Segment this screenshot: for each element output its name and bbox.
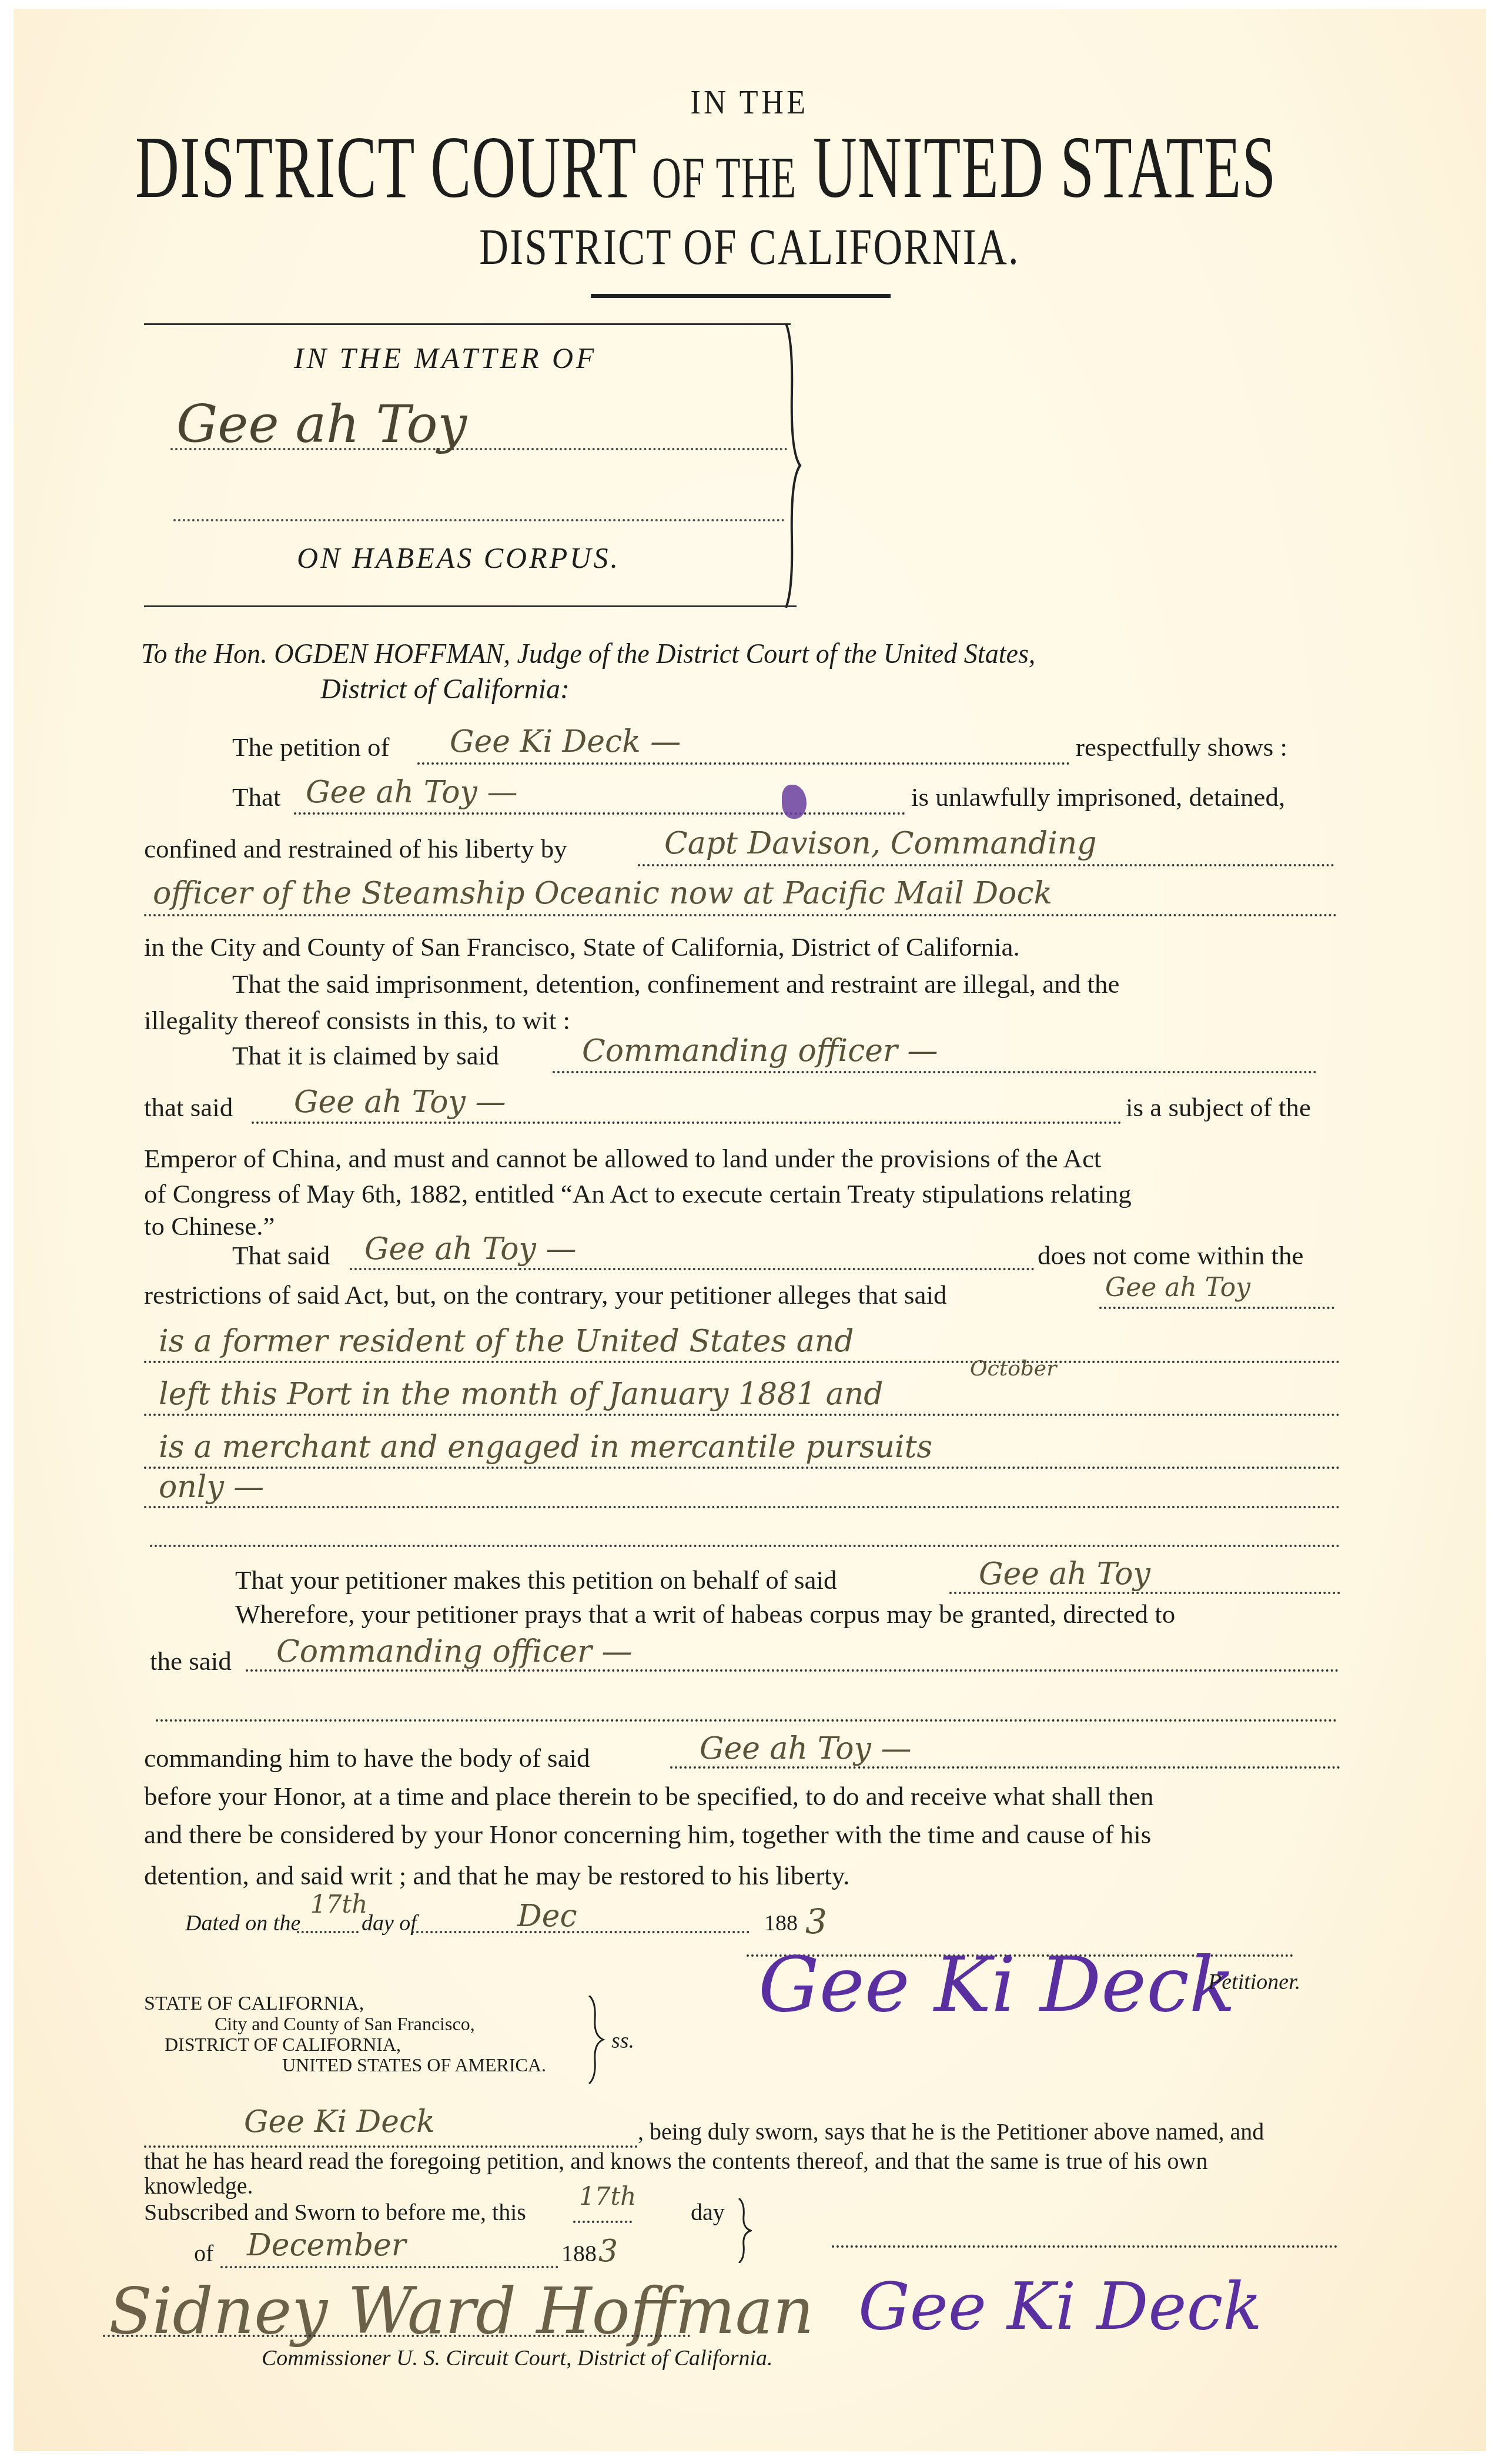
sworn-day-label: day <box>691 2198 725 2226</box>
affiant-signature: Gee Ki Deck <box>858 2269 1262 2344</box>
emperor-line-1: Emperor of China, and must and cannot be… <box>144 1143 1101 1174</box>
subject-of-name-value: Gee ah Toy — <box>294 1084 506 1120</box>
behalf-label: That your petitioner makes this petition… <box>235 1565 837 1595</box>
dated-day-field[interactable] <box>297 1931 359 1933</box>
allegation-value-3: is a merchant and engaged in mercantile … <box>159 1429 932 1465</box>
in-the-matter-of: IN THE MATTER OF <box>294 341 597 375</box>
venue-line-1: STATE OF CALIFORNIA, <box>144 1993 364 2015</box>
sworn-day-value: 17th <box>579 2182 636 2211</box>
allegation-field-2[interactable] <box>144 1414 1340 1416</box>
caption-top-rule <box>144 323 791 325</box>
behalf-name-value: Gee ah Toy <box>979 1556 1150 1592</box>
emperor-line-3: to Chinese.” <box>144 1211 275 1241</box>
body-name-value: Gee ah Toy — <box>700 1731 912 1766</box>
allegation-field-3[interactable] <box>144 1467 1340 1469</box>
address-line-2: District of California: <box>320 673 570 705</box>
allegation-field-4[interactable] <box>144 1506 1340 1508</box>
subject-of-name-field[interactable] <box>252 1121 1122 1124</box>
commanding-label: commanding him to have the body of said <box>144 1743 590 1773</box>
directed-to-field[interactable] <box>246 1669 1339 1672</box>
subject-of-text: is a subject of the <box>1126 1092 1311 1123</box>
that-label: That <box>232 782 280 812</box>
sworn-year-prefix: 188 <box>561 2239 597 2267</box>
dated-year-suffix[interactable]: 3 <box>805 1901 827 1941</box>
district-title: DISTRICT OF CALIFORNIA. <box>150 217 1349 276</box>
restrained-by-value-2: officer of the Steamship Oceanic now at … <box>153 876 1052 911</box>
day-of-label: day of <box>362 1910 417 1936</box>
dated-year-prefix: 188 <box>764 1910 798 1936</box>
court-title-part1: DISTRICT COURT <box>135 119 636 216</box>
petition-of-label: The petition of <box>232 732 389 762</box>
wherefore-text: Wherefore, your petitioner prays that a … <box>235 1599 1175 1629</box>
alleges-name-value: Gee ah Toy <box>1105 1273 1250 1303</box>
behalf-name-field[interactable] <box>949 1592 1340 1594</box>
commissioner-signature: Sidney Ward Hoffman <box>109 2275 814 2348</box>
court-title: DISTRICT COURT OF THE UNITED STATES <box>135 120 987 215</box>
not-within-text: does not come within the <box>1038 1240 1303 1271</box>
unlawfully-text: is unlawfully imprisoned, detained, <box>911 782 1285 812</box>
of-label: of <box>194 2239 213 2267</box>
claimed-by-label: That it is claimed by said <box>232 1040 499 1071</box>
that-said-2-label: That said <box>232 1240 330 1271</box>
directed-to-field-2[interactable] <box>156 1719 1337 1722</box>
dated-on-label: Dated on the <box>185 1910 300 1936</box>
header-in-the: IN THE <box>75 82 1424 122</box>
sworn-day-field[interactable] <box>573 2221 632 2223</box>
petitioner-name-value: Gee Ki Deck — <box>450 724 681 759</box>
illegal-paragraph-1: That the said imprisonment, detention, c… <box>232 969 1120 999</box>
caption-blank-line[interactable] <box>173 519 785 521</box>
affiant-name-value: Gee Ki Deck <box>244 2104 435 2140</box>
claimed-by-field[interactable] <box>553 1071 1317 1073</box>
restrained-by-field-2[interactable] <box>144 914 1337 916</box>
dated-month-value: Dec <box>517 1899 577 1934</box>
sworn-year-suffix[interactable]: 3 <box>598 2234 618 2269</box>
city-county-text: in the City and County of San Francisco,… <box>144 932 1020 962</box>
allegation-value-4: only — <box>159 1469 264 1505</box>
caption-bottom-rule <box>144 605 797 607</box>
sworn-text: , being duly sworn, says that he is the … <box>638 2118 1264 2145</box>
venue-line-2: City and County of San Francisco, <box>215 2013 475 2035</box>
address-line-1: To the Hon. OGDEN HOFFMAN, Judge of the … <box>141 638 1035 670</box>
subscribed-label: Subscribed and Sworn to before me, this <box>144 2198 526 2226</box>
detainee-name-field[interactable] <box>294 812 905 815</box>
allegation-value-2: left this Port in the month of January 1… <box>159 1377 883 1412</box>
restrained-by-value-1: Capt Davison, Commanding <box>664 826 1097 861</box>
illegal-paragraph-2: illegality thereof consists in this, to … <box>144 1005 570 1036</box>
venue-ss: ss. <box>611 2028 634 2054</box>
confined-label: confined and restrained of his liberty b… <box>144 833 567 864</box>
petitioner-label: Petitioner. <box>1208 1969 1300 1995</box>
directed-to-value: Commanding officer — <box>276 1634 633 1669</box>
allegation-field-5[interactable] <box>150 1545 1340 1547</box>
not-within-name-field[interactable] <box>350 1268 1035 1270</box>
restrained-by-field-1[interactable] <box>638 864 1334 866</box>
sworn-brace-icon <box>738 2198 752 2263</box>
before-line-2: and there be considered by your Honor co… <box>144 1819 1151 1850</box>
allegation-insert: October <box>970 1357 1056 1381</box>
caption-subject-name[interactable]: Gee ah Toy <box>176 394 467 454</box>
venue-line-4: UNITED STATES OF AMERICA. <box>282 2054 546 2076</box>
sworn-month-field[interactable] <box>220 2266 558 2268</box>
court-title-part2: OF THE <box>652 145 797 210</box>
that-said-label: that said <box>144 1092 233 1123</box>
alleges-name-field[interactable] <box>1099 1307 1334 1309</box>
venue-brace-icon <box>588 1996 605 2084</box>
affidavit-line-3: knowledge. <box>144 2172 253 2199</box>
dated-month-field[interactable] <box>411 1931 749 1933</box>
detainee-name-value: Gee ah Toy — <box>306 775 518 810</box>
petitioner-signature: Gee Ki Deck <box>758 1940 1236 2029</box>
before-line-1: before your Honor, at a time and place t… <box>144 1781 1154 1812</box>
respectfully-shows: respectfully shows : <box>1076 732 1287 762</box>
allegation-field-1[interactable] <box>144 1361 1340 1363</box>
body-name-field[interactable] <box>670 1766 1340 1769</box>
caption-name-line <box>170 448 788 450</box>
court-title-part3: UNITED STATES <box>813 119 1277 216</box>
not-within-name-value: Gee ah Toy — <box>364 1231 577 1267</box>
header-rule <box>591 294 891 298</box>
dated-day-value: 17th <box>310 1890 367 1919</box>
the-said-label: the said <box>150 1646 232 1676</box>
affidavit-line-2: that he has heard read the foregoing pet… <box>144 2147 1207 2175</box>
emperor-line-2: of Congress of May 6th, 1882, entitled “… <box>144 1179 1132 1209</box>
affiant-signature-line[interactable] <box>832 2245 1337 2248</box>
caption-brace-icon <box>785 323 802 608</box>
petitioner-name-field[interactable] <box>417 762 1070 765</box>
venue-line-3: DISTRICT OF CALIFORNIA, <box>165 2034 401 2055</box>
commissioner-signature-line[interactable] <box>103 2335 691 2337</box>
commissioner-title: Commissioner U. S. Circuit Court, Distri… <box>262 2345 773 2371</box>
sworn-month-value: December <box>247 2228 406 2263</box>
claimed-by-value: Commanding officer — <box>582 1033 938 1069</box>
allegation-value-1: is a former resident of the United State… <box>159 1324 854 1359</box>
on-habeas-corpus: ON HABEAS CORPUS. <box>297 541 620 575</box>
before-line-3: detention, and said writ ; and that he m… <box>144 1860 850 1891</box>
restrictions-text: restrictions of said Act, but, on the co… <box>144 1280 946 1310</box>
